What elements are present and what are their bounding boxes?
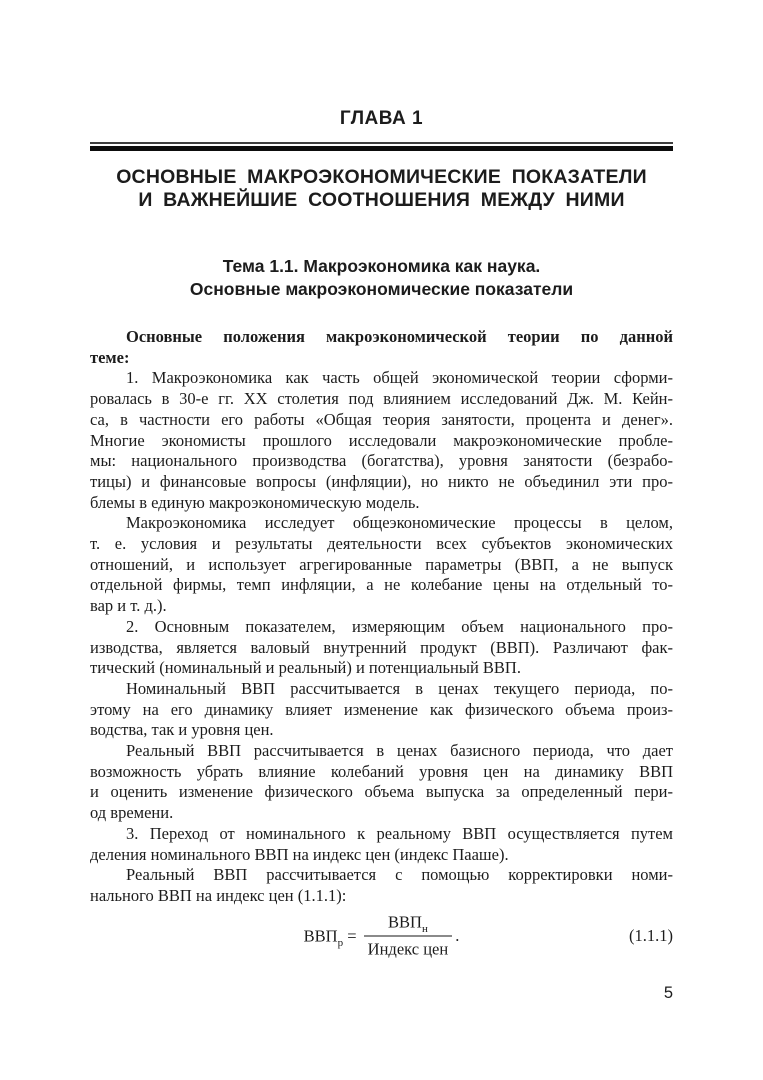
text-line: Многие экономисты прошлого исследовали м… [90,431,673,452]
fraction: ВВПнИндекс цен [364,913,453,960]
text-line: возможность убрать влияние колебаний уро… [90,762,673,783]
book-page: ГЛАВА 1 ОСНОВНЫЕ МАКРОЭКОНОМИЧЕСКИЕ ПОКА… [0,0,763,1080]
topic-subtitle-line-1: Тема 1.1. Макроэкономика как наука. [90,255,673,278]
formula-terminator: . [455,926,459,945]
page-title-line-1: ОСНОВНЫЕ МАКРОЭКОНОМИЧЕСКИЕ ПОКАЗАТЕЛИ [90,166,673,189]
text-line: т. е. условия и результаты деятельности … [90,534,673,555]
text-line: Реальный ВВП рассчитывается в ценах бази… [90,741,673,762]
paragraph: Основные положения макроэкономической те… [90,327,673,368]
paragraph: 2. Основным показателем, измеряющим объе… [90,617,673,679]
formula-block: ВВПр = ВВПнИндекс цен. (1.1.1) [90,908,673,964]
paragraph: 3. Переход от номинального к реальному В… [90,824,673,865]
topic-subtitle-line-2: Основные макроэкономические показатели [90,278,673,301]
equals-sign: = [343,926,361,945]
text-line: блемы в единую макроэкономическую модель… [90,493,673,514]
text-line: ровалась в 30-е гг. XX столетия под влия… [90,389,673,410]
fraction-denominator: Индекс цен [364,937,453,960]
paragraph: 1. Макроэкономика как часть общей эконом… [90,368,673,513]
text-line: Номинальный ВВП рассчитывается в ценах т… [90,679,673,700]
text-line: отношений, и использует агрегированные п… [90,555,673,576]
text-line: отдельной фирмы, темп инфляции, а не кол… [90,575,673,596]
text-line: 2. Основным показателем, измеряющим объе… [90,617,673,638]
text-line: вар и т. д.). [90,596,673,617]
text-line: Основные положения макроэкономической те… [90,327,673,348]
paragraph: Макроэкономика исследует общеэкономическ… [90,513,673,617]
text-line: од времени. [90,803,673,824]
text-line: 1. Макроэкономика как часть общей эконом… [90,368,673,389]
text-line: мы: национального производства (богатств… [90,451,673,472]
formula-lhs: ВВПр = [304,926,361,945]
topic-subtitle: Тема 1.1. Макроэкономика как наука. Осно… [90,255,673,301]
page-title: ОСНОВНЫЕ МАКРОЭКОНОМИЧЕСКИЕ ПОКАЗАТЕЛИ И… [90,166,673,212]
text-line: и оценить изменение физического объема в… [90,782,673,803]
formula: ВВПр = ВВПнИндекс цен. [90,913,673,960]
fraction-numerator: ВВПн [364,913,453,937]
text-line: тицы) и финансовые вопросы (инфляции), н… [90,472,673,493]
text-line: Макроэкономика исследует общеэкономическ… [90,513,673,534]
text-line: изводства, является валовый внутренний п… [90,638,673,659]
text-line: деления номинального ВВП на индекс цен (… [90,845,673,866]
text-line: Реальный ВВП рассчитывается с помощью ко… [90,865,673,886]
text-line: са, в частности его работы «Общая теория… [90,410,673,431]
rule-thin-line [90,142,673,144]
text-line: нального ВВП на индекс цен (1.1.1): [90,886,673,907]
rule-thick-line [90,146,673,151]
text-line: теме: [90,348,673,369]
double-rule [90,142,673,151]
paragraph: Номинальный ВВП рассчитывается в ценах т… [90,679,673,741]
fraction-numerator-subscript: н [422,923,428,935]
paragraph: Реальный ВВП рассчитывается с помощью ко… [90,865,673,906]
text-line: тический (номинальный и реальный) и поте… [90,658,673,679]
page-title-line-2: И ВАЖНЕЙШИЕ СООТНОШЕНИЯ МЕЖДУ НИМИ [90,189,673,212]
equation-number: (1.1.1) [629,926,673,946]
chapter-heading: ГЛАВА 1 [90,107,673,131]
body-text: Основные положения макроэкономической те… [90,327,673,907]
text-line: 3. Переход от номинального к реальному В… [90,824,673,845]
page-number: 5 [90,984,673,1003]
paragraph: Реальный ВВП рассчитывается в ценах бази… [90,741,673,824]
text-line: водства, так и уровня цен. [90,720,673,741]
text-line: этому на его динамику влияет изменение к… [90,700,673,721]
